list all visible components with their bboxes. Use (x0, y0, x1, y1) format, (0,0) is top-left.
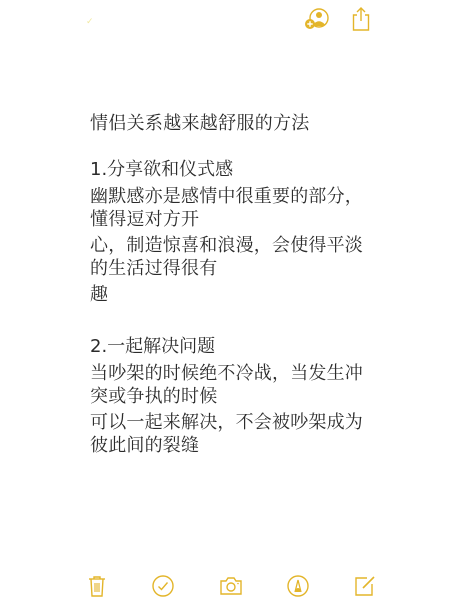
camera-icon[interactable] (219, 574, 243, 598)
compose-icon[interactable] (353, 574, 377, 598)
back-mark-icon[interactable]: ✓ (86, 18, 94, 26)
paragraph-line: 彼此间的裂缝 (90, 434, 380, 457)
paragraph-line: 的生活过得很有 (90, 257, 380, 280)
note-title: 情侣关系越来越舒服的方法 (90, 111, 380, 137)
section-heading: 1.分享欲和仪式感 (90, 157, 380, 183)
bottom-toolbar (0, 570, 456, 600)
note-section: 2.一起解决问题 当吵架的时候绝不冷战，当发生冲 突或争执的时候 可以一起来解决… (90, 334, 380, 457)
paragraph-line: 幽默感亦是感情中很重要的部分， (90, 185, 380, 208)
section-heading: 2.一起解决问题 (90, 334, 380, 360)
share-icon[interactable] (350, 6, 372, 32)
paragraph-line: 可以一起来解决，不会被吵架成为 (90, 411, 380, 434)
paragraph-line: 趣 (90, 283, 380, 306)
top-toolbar: ✓ (0, 0, 456, 40)
markup-icon[interactable] (286, 574, 310, 598)
note-section: 1.分享欲和仪式感 幽默感亦是感情中很重要的部分， 懂得逗对方开 心，制造惊喜和… (90, 157, 380, 306)
paragraph-line: 心，制造惊喜和浪漫，会使得平淡 (90, 234, 380, 257)
add-people-icon[interactable] (304, 7, 330, 31)
checklist-icon[interactable] (151, 574, 175, 598)
paragraph-line: 突或争执的时候 (90, 385, 380, 408)
note-content[interactable]: 情侣关系越来越舒服的方法 1.分享欲和仪式感 幽默感亦是感情中很重要的部分， 懂… (90, 111, 380, 457)
paragraph-line: 懂得逗对方开 (90, 208, 380, 231)
trash-icon[interactable] (85, 574, 109, 598)
paragraph-line: 当吵架的时候绝不冷战，当发生冲 (90, 362, 380, 385)
